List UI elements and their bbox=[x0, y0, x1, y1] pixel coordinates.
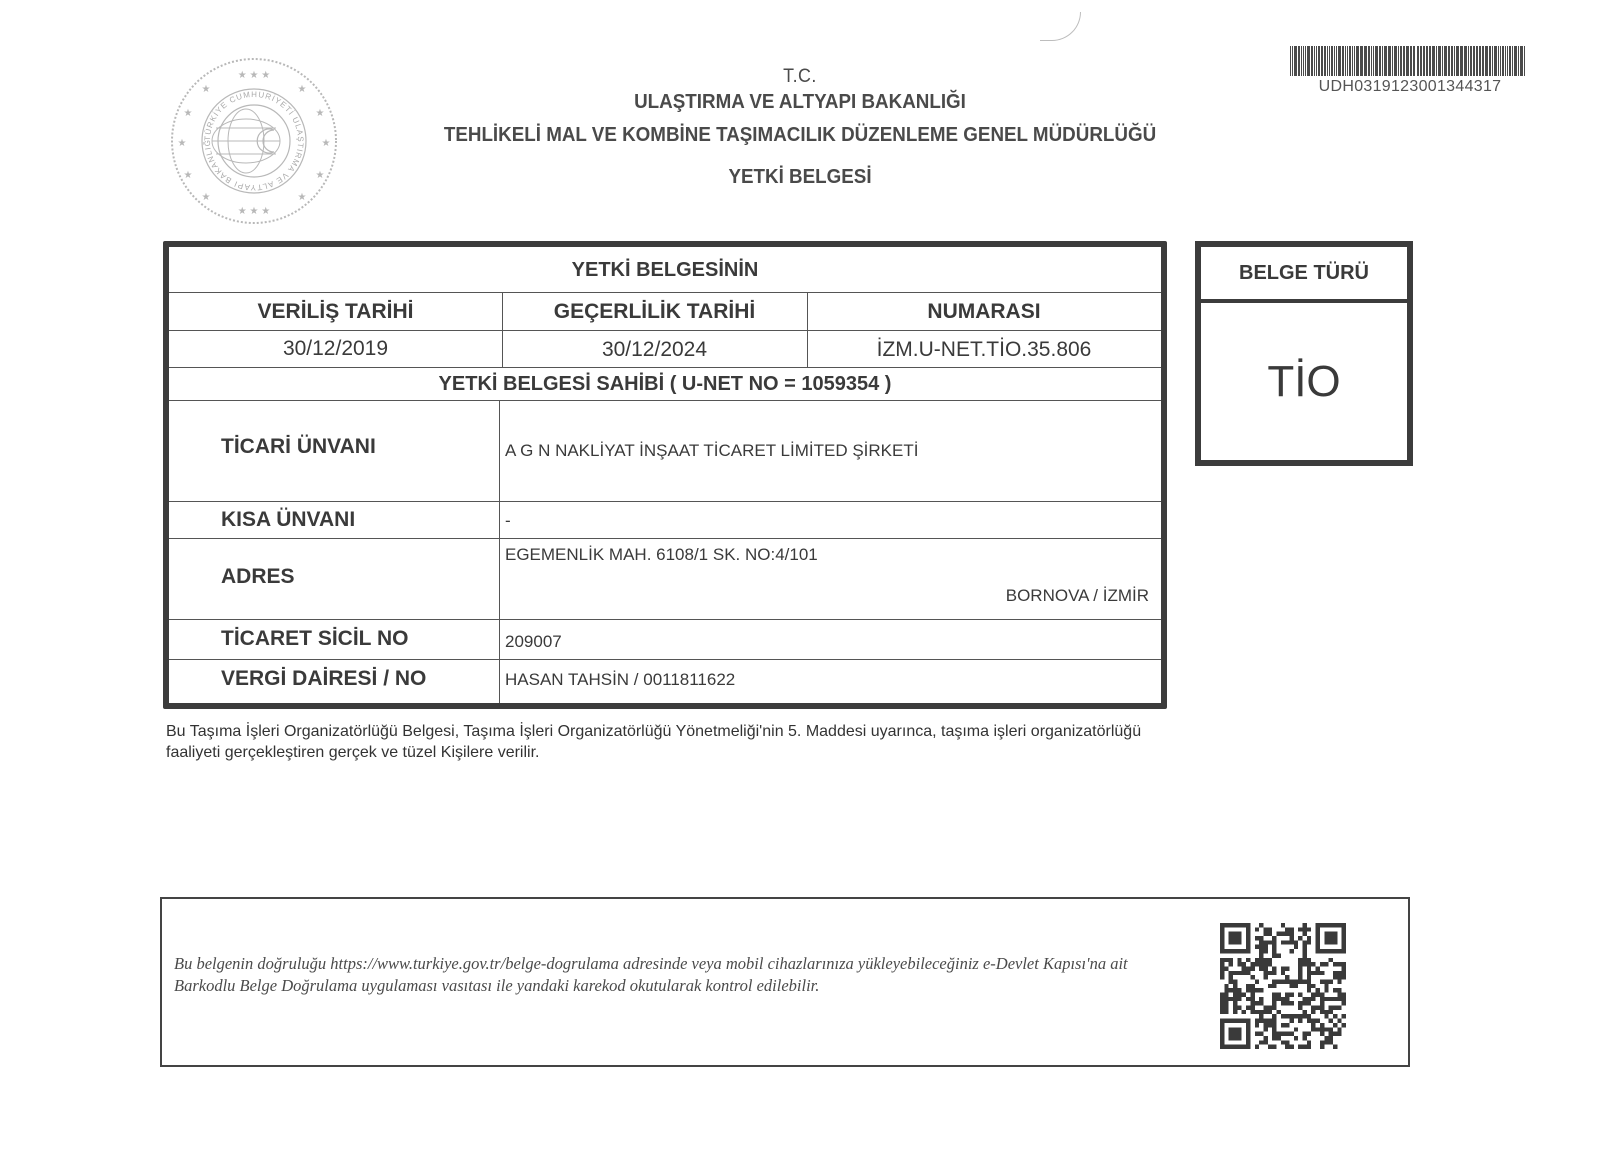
field-value-trade-name: A G N NAKLİYAT İNŞAAT TİCARET LİMİTED Şİ… bbox=[505, 441, 918, 461]
field-label: TİCARİ ÜNVANI bbox=[221, 435, 376, 459]
holder-title: YETKİ BELGESİ SAHİBİ ( U-NET NO = 105935… bbox=[169, 373, 1161, 396]
certificate-number: İZM.U-NET.TİO.35.806 bbox=[807, 338, 1161, 362]
qr-code-icon bbox=[1220, 923, 1346, 1049]
values-row: 30/12/2019 30/12/2024 İZM.U-NET.TİO.35.8… bbox=[169, 331, 1161, 368]
field-value-address-line2: BORNOVA / İZMİR bbox=[1006, 586, 1149, 606]
document-type-label: BELGE TÜRÜ bbox=[1201, 247, 1407, 303]
column-header-row: VERİLİŞ TARİHİ GEÇERLİLİK TARİHİ NUMARAS… bbox=[169, 293, 1161, 331]
column-header-issue-date: VERİLİŞ TARİHİ bbox=[169, 300, 502, 324]
header-country: T.C. bbox=[48, 66, 1552, 88]
field-row-address: ADRES EGEMENLİK MAH. 6108/1 SK. NO:4/101… bbox=[169, 539, 1161, 620]
field-row-tax-office: VERGİ DAİRESİ / NO HASAN TAHSİN / 001181… bbox=[169, 660, 1161, 703]
field-value-address-line1: EGEMENLİK MAH. 6108/1 SK. NO:4/101 bbox=[505, 545, 818, 565]
column-header-number: NUMARASI bbox=[807, 300, 1161, 324]
document-title: YETKİ BELGESİ bbox=[48, 166, 1552, 189]
field-label: TİCARET SİCİL NO bbox=[221, 627, 408, 651]
field-row-trade-registry: TİCARET SİCİL NO 209007 bbox=[169, 620, 1161, 660]
svg-text:★: ★ bbox=[298, 192, 307, 203]
verification-text: Bu belgenin doğruluğu https://www.turkiy… bbox=[174, 953, 1184, 997]
field-value-tax-office: HASAN TAHSİN / 0011811622 bbox=[505, 670, 735, 690]
field-row-trade-name: TİCARİ ÜNVANI A G N NAKLİYAT İNŞAAT TİCA… bbox=[169, 401, 1161, 502]
issue-date: 30/12/2019 bbox=[169, 337, 502, 361]
field-value-trade-registry: 209007 bbox=[505, 632, 562, 652]
holder-title-row: YETKİ BELGESİ SAHİBİ ( U-NET NO = 105935… bbox=[169, 368, 1161, 401]
certificate-table: YETKİ BELGESİNİN VERİLİŞ TARİHİ GEÇERLİL… bbox=[163, 241, 1167, 709]
pen-mark bbox=[1040, 12, 1081, 41]
header-ministry: ULAŞTIRMA VE ALTYAPI BAKANLIĞI bbox=[48, 91, 1552, 114]
verification-box: Bu belgenin doğruluğu https://www.turkiy… bbox=[160, 897, 1410, 1067]
field-row-short-name: KISA ÜNVANI - bbox=[169, 502, 1161, 539]
field-label: VERGİ DAİRESİ / NO bbox=[221, 667, 426, 691]
validity-date: 30/12/2024 bbox=[502, 338, 807, 362]
field-label: ADRES bbox=[221, 565, 295, 589]
header-directorate: TEHLİKELİ MAL VE KOMBİNE TAŞIMACILIK DÜZ… bbox=[48, 124, 1552, 147]
column-header-validity-date: GEÇERLİLİK TARİHİ bbox=[502, 300, 807, 324]
legal-note: Bu Taşıma İşleri Organizatörlüğü Belgesi… bbox=[166, 721, 1156, 763]
field-label: KISA ÜNVANI bbox=[221, 508, 355, 532]
document-type-value: TİO bbox=[1201, 357, 1407, 407]
section-title: YETKİ BELGESİNİN bbox=[169, 259, 1161, 282]
svg-text:★ ★ ★: ★ ★ ★ bbox=[238, 206, 270, 217]
field-value-short-name: - bbox=[505, 511, 511, 531]
document-type-box: BELGE TÜRÜ TİO bbox=[1195, 241, 1413, 466]
svg-text:★: ★ bbox=[202, 192, 211, 203]
section-title-row: YETKİ BELGESİNİN bbox=[169, 247, 1161, 293]
